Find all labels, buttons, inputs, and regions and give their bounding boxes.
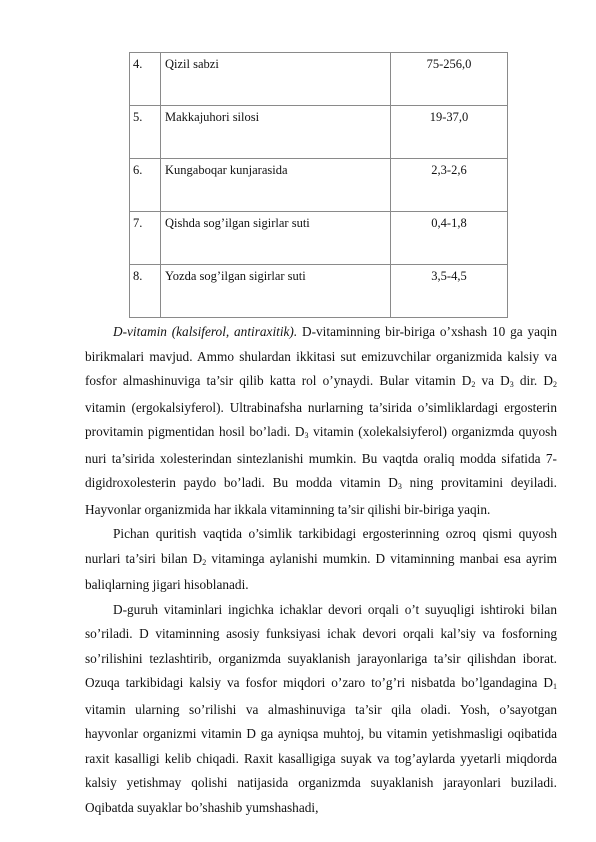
vitamin-value: 2,3-2,6 (391, 159, 508, 212)
feed-name: Qizil sabzi (161, 53, 391, 106)
subscript: 3 (510, 380, 514, 389)
vitamin-value: 19-37,0 (391, 106, 508, 159)
body-text: D-vitamin (kalsiferol, antiraxitik). D-v… (85, 320, 557, 820)
document-page: 4. Qizil sabzi 75-256,0 5. Makkajuhori s… (0, 0, 596, 842)
paragraph-hay-drying: Pichan quritish vaqtida o’simlik tarkibi… (85, 522, 557, 598)
vitamin-content-table: 4. Qizil sabzi 75-256,0 5. Makkajuhori s… (129, 52, 508, 318)
table-row: 4. Qizil sabzi 75-256,0 (130, 53, 508, 106)
section-heading: D-vitamin (kalsiferol, antiraxitik). (113, 324, 297, 339)
table-row: 8. Yozda sog’ilgan sigirlar suti 3,5-4,5 (130, 265, 508, 318)
feed-name: Yozda sog’ilgan sigirlar suti (161, 265, 391, 318)
row-number: 8. (130, 265, 161, 318)
text-run: va D (475, 373, 509, 388)
row-number: 6. (130, 159, 161, 212)
feed-name: Makkajuhori silosi (161, 106, 391, 159)
text-run: vitamin ularning so’rilishi va almashinu… (85, 702, 557, 815)
subscript: 2 (202, 558, 206, 567)
subscript: 3 (305, 431, 309, 440)
table-row: 6. Kungaboqar kunjarasida 2,3-2,6 (130, 159, 508, 212)
feed-name: Qishda sog’ilgan sigirlar suti (161, 212, 391, 265)
row-number: 5. (130, 106, 161, 159)
row-number: 7. (130, 212, 161, 265)
paragraph-vitamin-d-intro: D-vitamin (kalsiferol, antiraxitik). D-v… (85, 320, 557, 522)
table-row: 5. Makkajuhori silosi 19-37,0 (130, 106, 508, 159)
subscript: 3 (398, 482, 402, 491)
feed-name: Kungaboqar kunjarasida (161, 159, 391, 212)
vitamin-value: 3,5-4,5 (391, 265, 508, 318)
row-number: 4. (130, 53, 161, 106)
subscript: 2 (471, 380, 475, 389)
text-run: dir. D (514, 373, 553, 388)
vitamin-value: 0,4-1,8 (391, 212, 508, 265)
paragraph-d-group-absorption: D-guruh vitaminlari ingichka ichaklar de… (85, 598, 557, 821)
text-run: D-guruh vitaminlari ingichka ichaklar de… (85, 602, 557, 691)
vitamin-value: 75-256,0 (391, 53, 508, 106)
subscript: 2 (553, 380, 557, 389)
table-row: 7. Qishda sog’ilgan sigirlar suti 0,4-1,… (130, 212, 508, 265)
subscript: 1 (553, 682, 557, 691)
